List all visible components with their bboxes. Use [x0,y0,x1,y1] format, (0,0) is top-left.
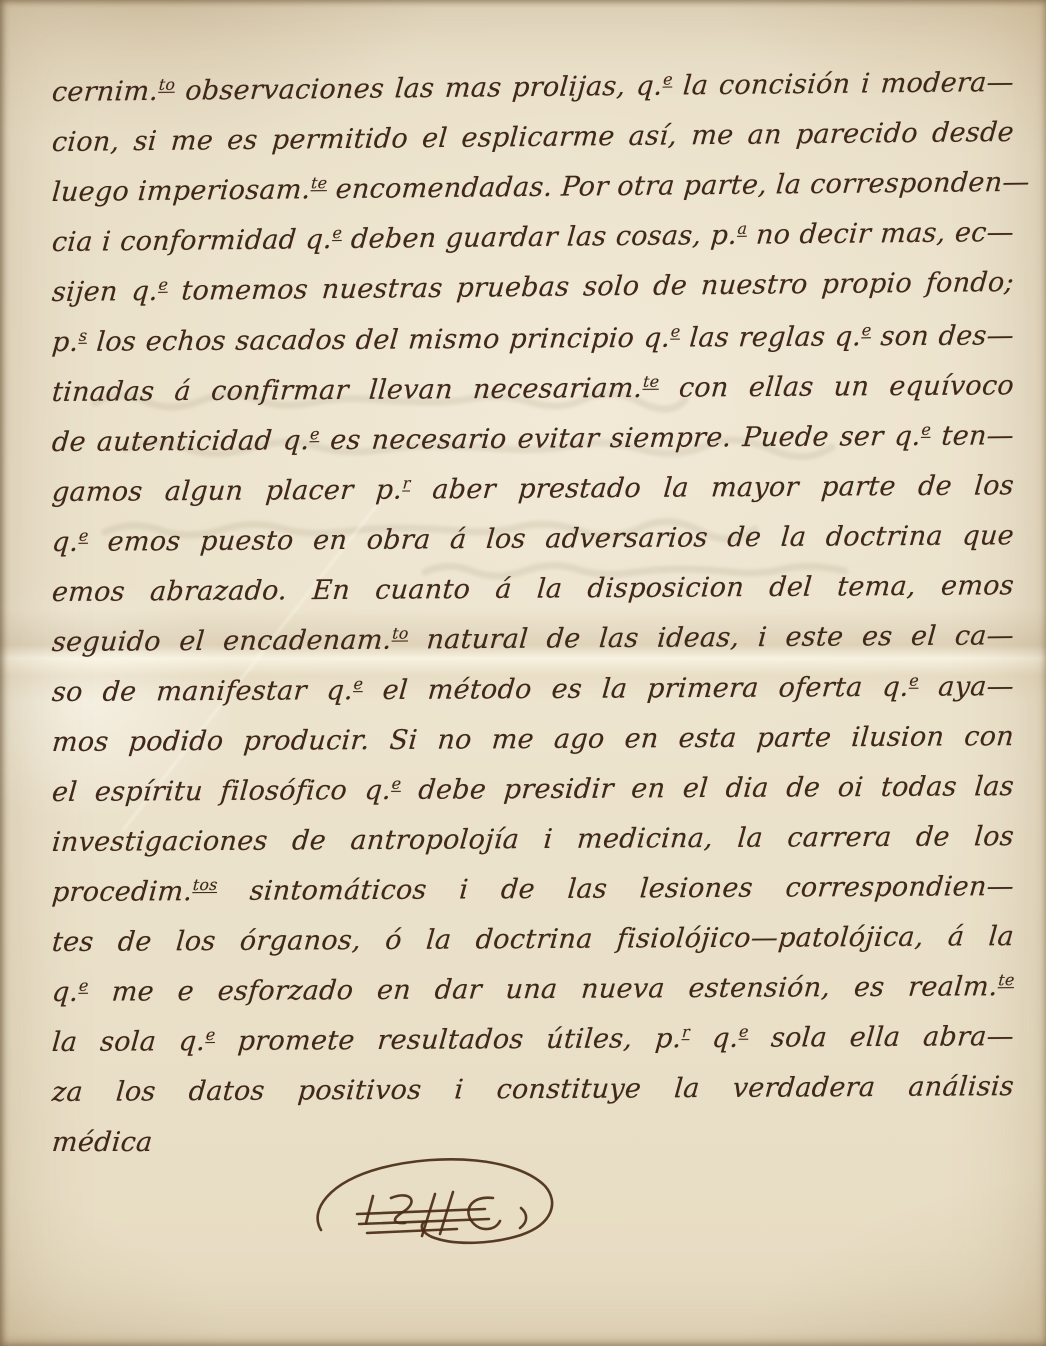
manuscript-line: la sola q.e promete resultados útiles, p… [50,1012,1016,1068]
manuscript-line: de autenticidad q.e es necesario evitar … [50,411,1016,468]
manuscript-line: procedim.tos sintomáticos i de las lesio… [50,862,1016,918]
manuscript-line: mos podido producir. Si no me ago en est… [50,712,1016,768]
manuscript-page: cernim.to observaciones las mas prolijas… [0,0,1046,1346]
manuscript-line: investigaciones de antropolojía i medici… [50,812,1016,868]
manuscript-line: gamos algun placer p.r aber prestado la … [50,461,1016,518]
manuscript-line: seguido el encadenam.to natural de las i… [50,611,1016,668]
signature-rubric-flourish [305,1150,569,1262]
manuscript-line: sijen q.e tomemos nuestras pruebas solo … [50,258,1016,318]
manuscript-line: q.e me e esforzado en dar una nueva este… [50,962,1016,1018]
manuscript-line: q.e emos puesto en obra á los adversario… [50,511,1016,568]
manuscript-line: so de manifestar q.e el método es la pri… [50,662,1016,718]
manuscript-line: za los datos positivos i constituye la v… [50,1062,1016,1118]
manuscript-line: emos abrazado. En cuanto á la disposicio… [50,561,1016,618]
manuscript-text-block: cernim.to observaciones las mas prolijas… [52,68,1014,1168]
manuscript-line: tinadas á confirmar llevan necesariam.te… [50,361,1016,418]
manuscript-line: el espíritu filosófico q.e debe presidir… [50,762,1016,818]
manuscript-line: p.s los echos sacados del mismo principi… [50,311,1016,368]
manuscript-line: tes de los órganos, ó la doctrina fisiol… [50,912,1016,968]
